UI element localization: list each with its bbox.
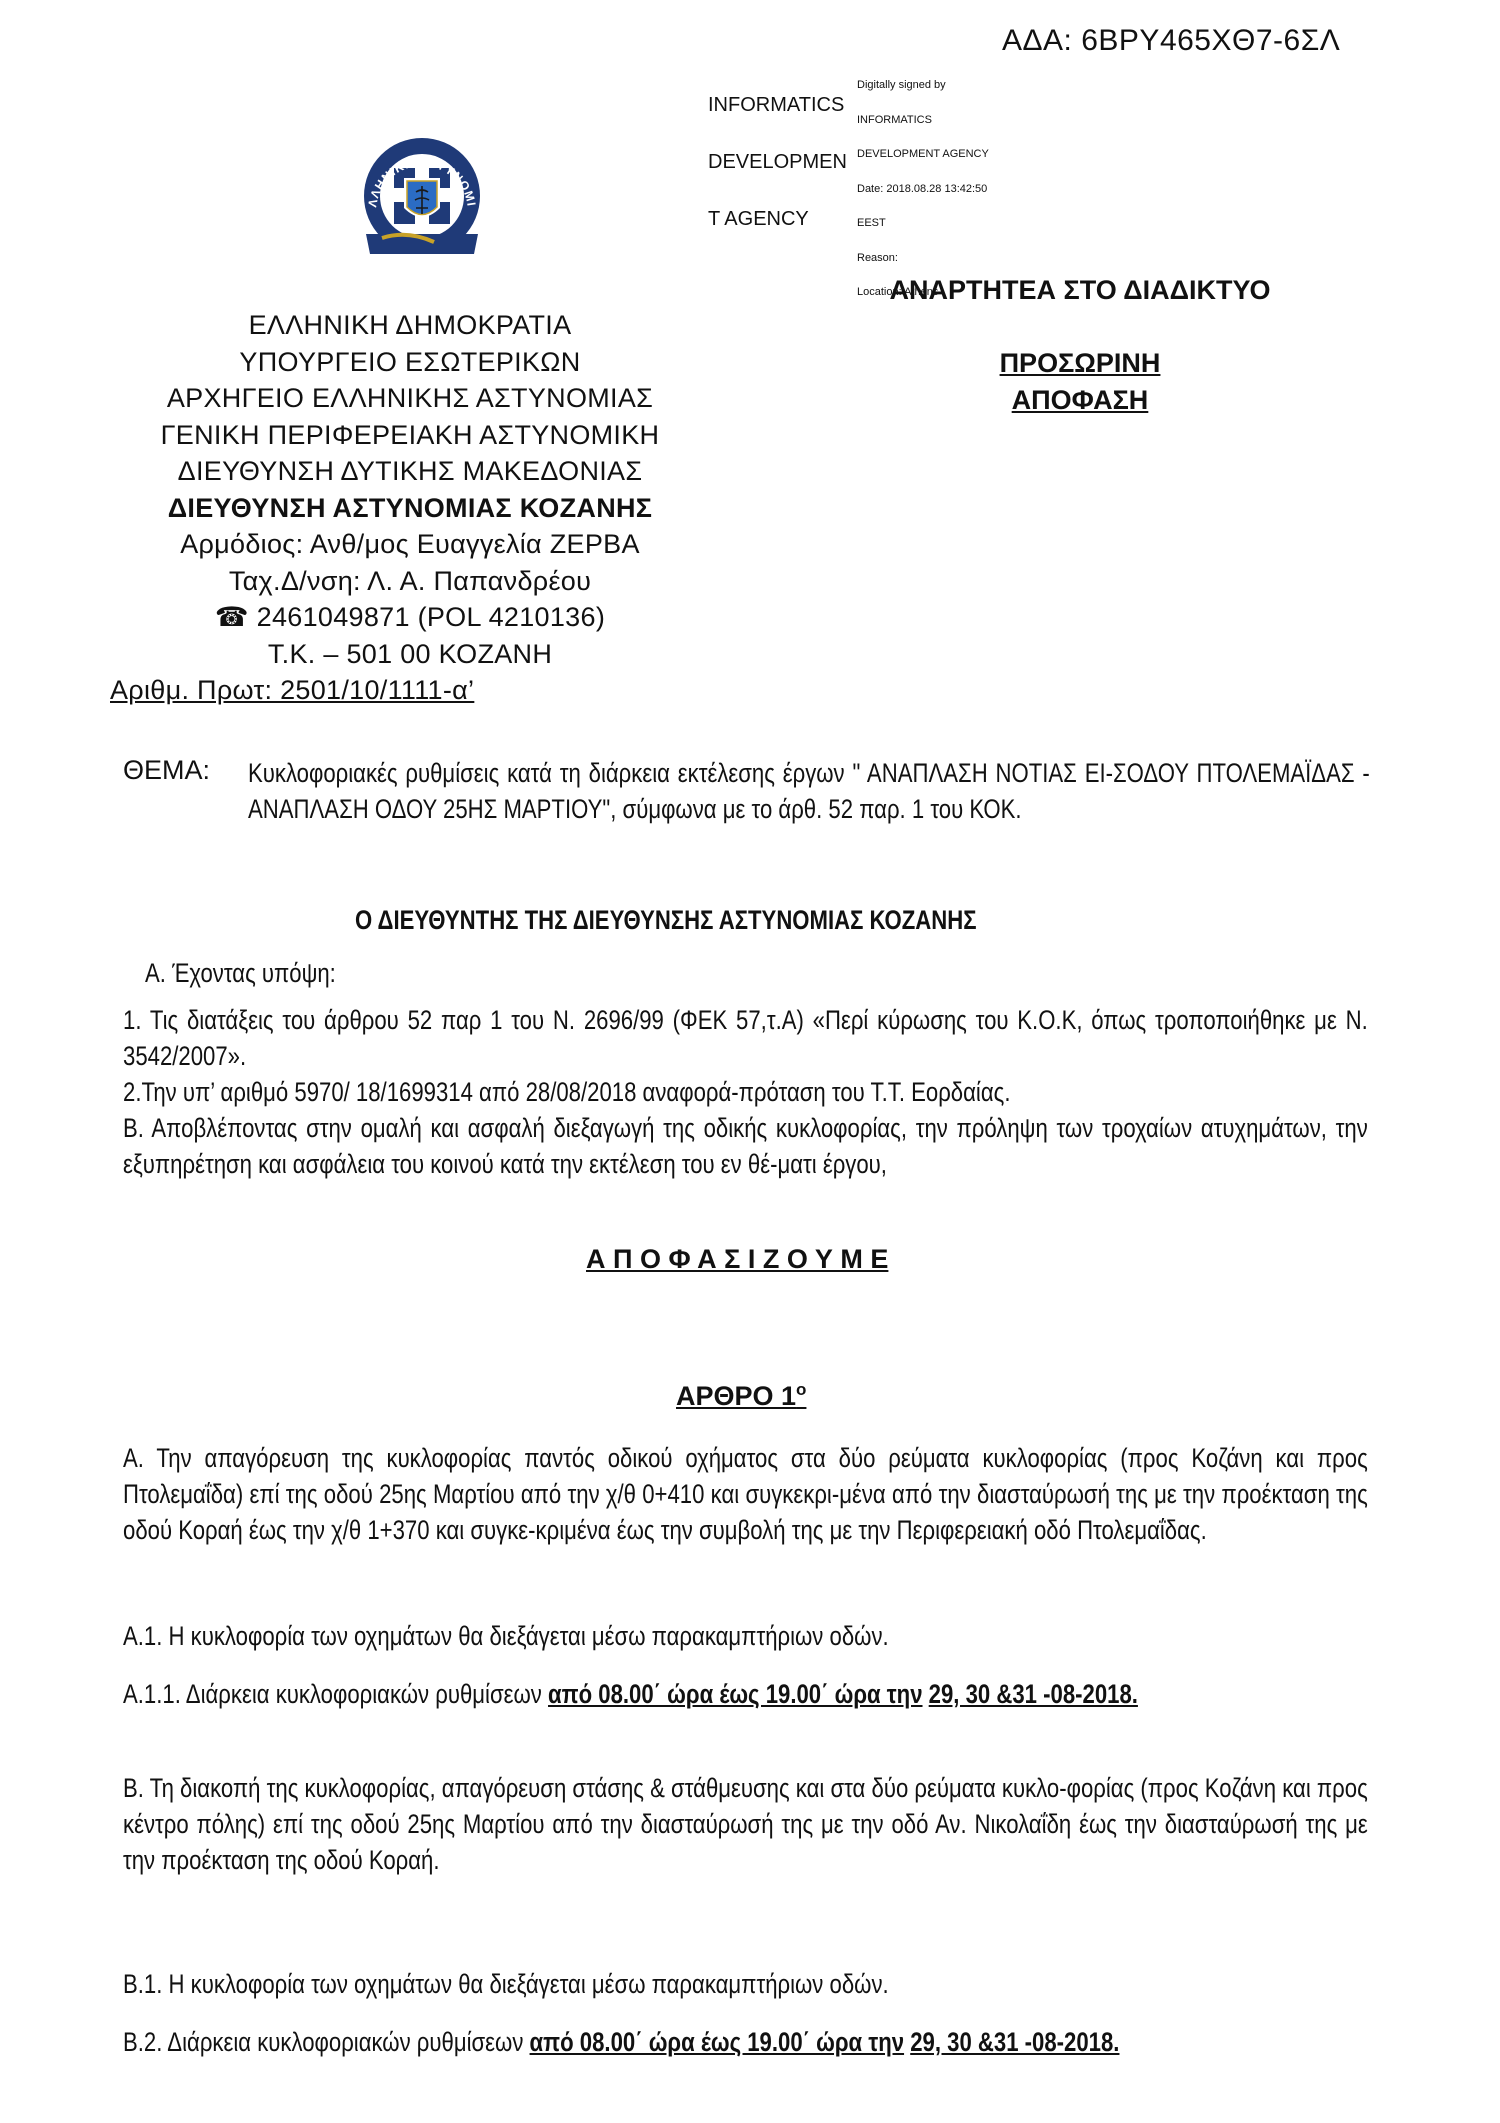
considering-item-2: 2.Την υπ’ αριθμό 5970/ 18/1699314 από 28… xyxy=(123,1074,1368,1110)
header-line: ΥΠΟΥΡΓΕΙΟ ΕΣΩΤΕΡΙΚΩΝ xyxy=(110,344,710,381)
signature-detail-line: Reason: xyxy=(857,253,989,265)
considering-b: Β. Αποβλέποντας στην ομαλή και ασφαλή δι… xyxy=(123,1110,1368,1182)
signer-line: DEVELOPMEN xyxy=(708,153,847,172)
signer-line: INFORMATICS xyxy=(708,96,847,115)
issuing-authority-header: ΕΛΛΗΝΙΚΗ ΔΗΜΟΚΡΑΤΙΑ ΥΠΟΥΡΓΕΙΟ ΕΣΩΤΕΡΙΚΩΝ… xyxy=(110,307,710,709)
subject-text: Κυκλοφοριακές ρυθμίσεις κατά τη διάρκεια… xyxy=(248,755,1370,827)
considering-label: Α. Έχοντας υπόψη: xyxy=(145,958,378,989)
article-paragraph-b2: Β.2. Διάρκεια κυκλοφοριακών ρυθμίσεων απ… xyxy=(123,2024,1368,2060)
article-paragraph-b1: Β.1. Η κυκλοφορία των οχημάτων θα διεξάγ… xyxy=(123,1966,1368,2002)
article-paragraph-b: Β. Τη διακοπή της κυκλοφορίας, απαγόρευσ… xyxy=(123,1770,1368,1878)
b2-time-range: από 08.00΄ ώρα έως 19.00΄ ώρα την xyxy=(530,2027,904,2057)
postal-address: Ταχ.Δ/νση: Λ. Α. Παπανδρέου xyxy=(110,563,710,600)
hellenic-police-emblem-icon: ΕΛΛΗΝΙΚΗ ΑΣΤΥΝΟΜΙΑ xyxy=(352,130,492,270)
protocol-number: Αριθμ. Πρωτ: 2501/10/1111-α’ xyxy=(110,672,710,709)
phone-number: 2461049871 (POL 4210136) xyxy=(257,602,605,632)
signature-detail-line: EEST xyxy=(857,218,989,230)
considering-item-1-text: 1. Τις διατάξεις του άρθρου 52 παρ 1 του… xyxy=(123,1002,1368,1074)
phone-line: ☎ 2461049871 (POL 4210136) xyxy=(110,599,710,636)
a11-time-range: από 08.00΄ ώρα έως 19.00΄ ώρα την xyxy=(548,1679,922,1709)
signature-detail-line: INFORMATICS xyxy=(857,115,989,127)
article-title-sup: ο xyxy=(796,1380,806,1399)
article-paragraph-b-text: Β. Τη διακοπή της κυκλοφορίας, απαγόρευσ… xyxy=(123,1770,1368,1878)
post-online-notice: ΑΝΑΡΤΗΤΕΑ ΣΤΟ ΔΙΑΔΙΚΤΥΟ xyxy=(860,272,1300,309)
article-paragraph-a: Α. Την απαγόρευση της κυκλοφορίας παντός… xyxy=(123,1440,1368,1548)
signer-line: T AGENCY xyxy=(708,210,847,229)
header-line: ΕΛΛΗΝΙΚΗ ΔΗΜΟΚΡΑΤΙΑ xyxy=(110,307,710,344)
responsible-officer: Αρμόδιος: Ανθ/μος Ευαγγελία ΖΕΡΒΑ xyxy=(110,526,710,563)
article-title-text: ΑΡΘΡΟ 1 xyxy=(676,1381,796,1411)
considering-label-text: Α. Έχοντας υπόψη: xyxy=(145,958,336,989)
postal-code: Τ.Κ. – 501 00 ΚΟΖΑΝΗ xyxy=(110,636,710,673)
director-heading-text: Ο ΔΙΕΥΘΥΝΤΗΣ ΤΗΣ ΔΙΕΥΘΥΝΣΗΣ ΑΣΤΥΝΟΜΙΑΣ Κ… xyxy=(355,905,977,936)
department-name: ΔΙΕΥΘΥΝΣΗ ΑΣΤΥΝΟΜΙΑΣ ΚΟΖΑΝΗΣ xyxy=(110,490,710,527)
a11-duration-label: Α.1.1. Διάρκεια κυκλοφοριακών ρυθμίσεων xyxy=(123,1679,548,1709)
signature-detail-line: Date: 2018.08.28 13:42:50 xyxy=(857,184,989,196)
decision-type-temporary: ΠΡΟΣΩΡΙΝΗ xyxy=(1000,348,1161,378)
digital-signature-signer: INFORMATICS DEVELOPMEN T AGENCY xyxy=(708,58,847,248)
header-line: ΓΕΝΙΚΗ ΠΕΡΙΦΕΡΕΙΑΚΗ ΑΣΤΥΝΟΜΙΚΗ xyxy=(110,417,710,454)
considering-b-text: Β. Αποβλέποντας στην ομαλή και ασφαλή δι… xyxy=(123,1110,1368,1182)
article-paragraph-a11: Α.1.1. Διάρκεια κυκλοφοριακών ρυθμίσεων … xyxy=(123,1676,1368,1712)
signature-detail-line: DEVELOPMENT AGENCY xyxy=(857,149,989,161)
decide-heading: Α Π Ο Φ Α Σ Ι Ζ Ο Υ Μ Ε xyxy=(586,1244,888,1275)
article-paragraph-a-text: Α. Την απαγόρευση της κυκλοφορίας παντός… xyxy=(123,1440,1368,1548)
article-title: ΑΡΘΡΟ 1ο xyxy=(676,1380,806,1412)
considering-item-1: 1. Τις διατάξεις του άρθρου 52 παρ 1 του… xyxy=(123,1002,1368,1074)
article-paragraph-a1: Α.1. Η κυκλοφορία των οχημάτων θα διεξάγ… xyxy=(123,1618,1368,1654)
ada-code: ΑΔΑ: 6ΒΡΥ465ΧΘ7-6ΣΛ xyxy=(1002,24,1340,58)
director-heading: Ο ΔΙΕΥΘΥΝΤΗΣ ΤΗΣ ΔΙΕΥΘΥΝΣΗΣ ΑΣΤΥΝΟΜΙΑΣ Κ… xyxy=(355,905,1113,936)
decision-type-decision: ΑΠΟΦΑΣΗ xyxy=(1012,385,1149,415)
article-paragraph-a1-text: Α.1. Η κυκλοφορία των οχημάτων θα διεξάγ… xyxy=(123,1618,1368,1654)
b2-dates: 29, 30 &31 -08-2018. xyxy=(910,2027,1119,2057)
decision-header: ΑΝΑΡΤΗΤΕΑ ΣΤΟ ΔΙΑΔΙΚΤΥΟ ΠΡΟΣΩΡΙΝΗ ΑΠΟΦΑΣ… xyxy=(860,272,1300,419)
subject-text-body: Κυκλοφοριακές ρυθμίσεις κατά τη διάρκεια… xyxy=(248,755,1370,827)
article-paragraph-b1-text: Β.1. Η κυκλοφορία των οχημάτων θα διεξάγ… xyxy=(123,1966,1368,2002)
signature-detail-line: Digitally signed by xyxy=(857,80,989,92)
a11-dates: 29, 30 &31 -08-2018. xyxy=(929,1679,1138,1709)
subject-label: ΘΕΜΑ: xyxy=(123,755,210,786)
header-line: ΑΡΧΗΓΕΙΟ ΕΛΛΗΝΙΚΗΣ ΑΣΤΥΝΟΜΙΑΣ xyxy=(110,380,710,417)
considering-item-2-text: 2.Την υπ’ αριθμό 5970/ 18/1699314 από 28… xyxy=(123,1074,1368,1110)
header-line: ΔΙΕΥΘΥΝΣΗ ΔΥΤΙΚΗΣ ΜΑΚΕΔΟΝΙΑΣ xyxy=(110,453,710,490)
telephone-icon: ☎ xyxy=(215,602,249,632)
b2-duration-label: Β.2. Διάρκεια κυκλοφοριακών ρυθμίσεων xyxy=(123,2027,530,2057)
